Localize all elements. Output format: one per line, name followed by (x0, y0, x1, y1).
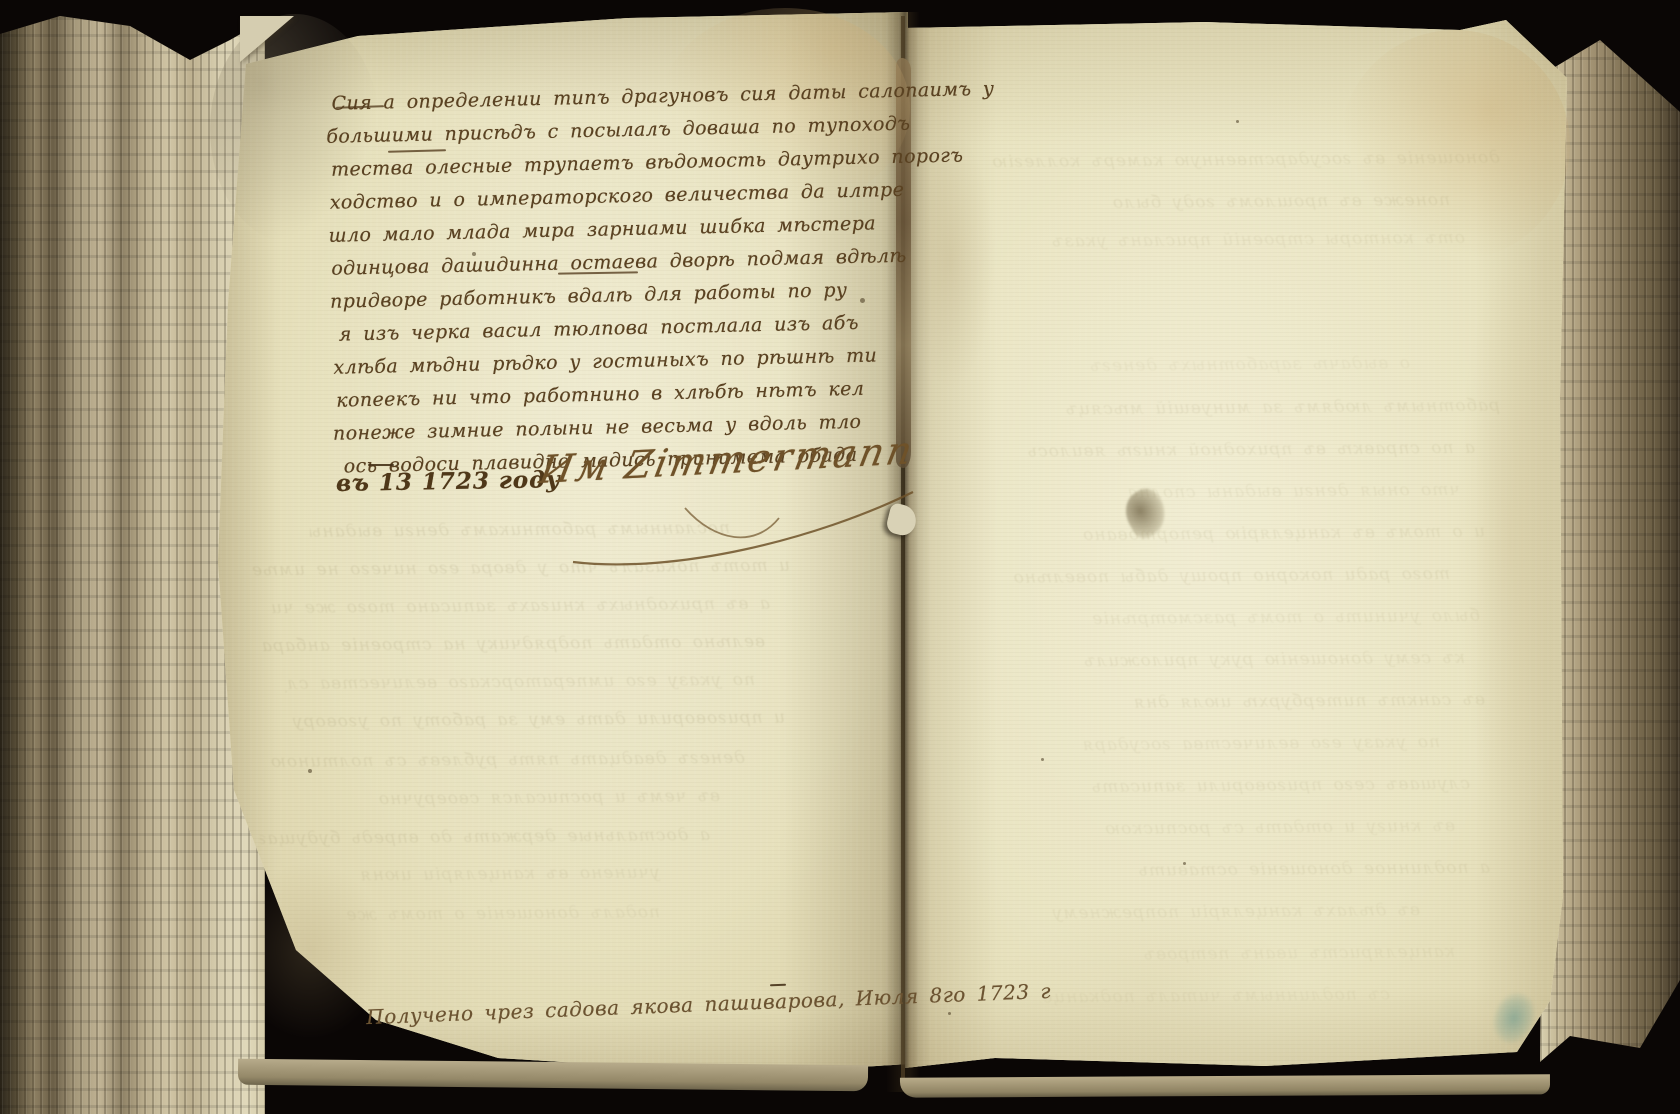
signature-flourish (565, 478, 925, 573)
ink-fleck (472, 252, 476, 256)
book-photo: посланнымъ работникамъ денги выданы спол… (0, 0, 1680, 1114)
ink-fleck (1236, 120, 1239, 123)
ink-fleck (948, 1012, 951, 1015)
ink-fleck (308, 769, 312, 773)
corner-fold (240, 16, 294, 62)
date-line: въ 13 1723 году (336, 466, 561, 497)
ink-fleck (1041, 758, 1044, 761)
ink-fleck (860, 298, 865, 303)
right-page (905, 16, 1567, 1094)
overbar-mark (368, 464, 394, 466)
bottom-page-edge (900, 1074, 1550, 1097)
ink-fleck (1183, 862, 1186, 865)
bottom-page-edge (238, 1059, 868, 1092)
